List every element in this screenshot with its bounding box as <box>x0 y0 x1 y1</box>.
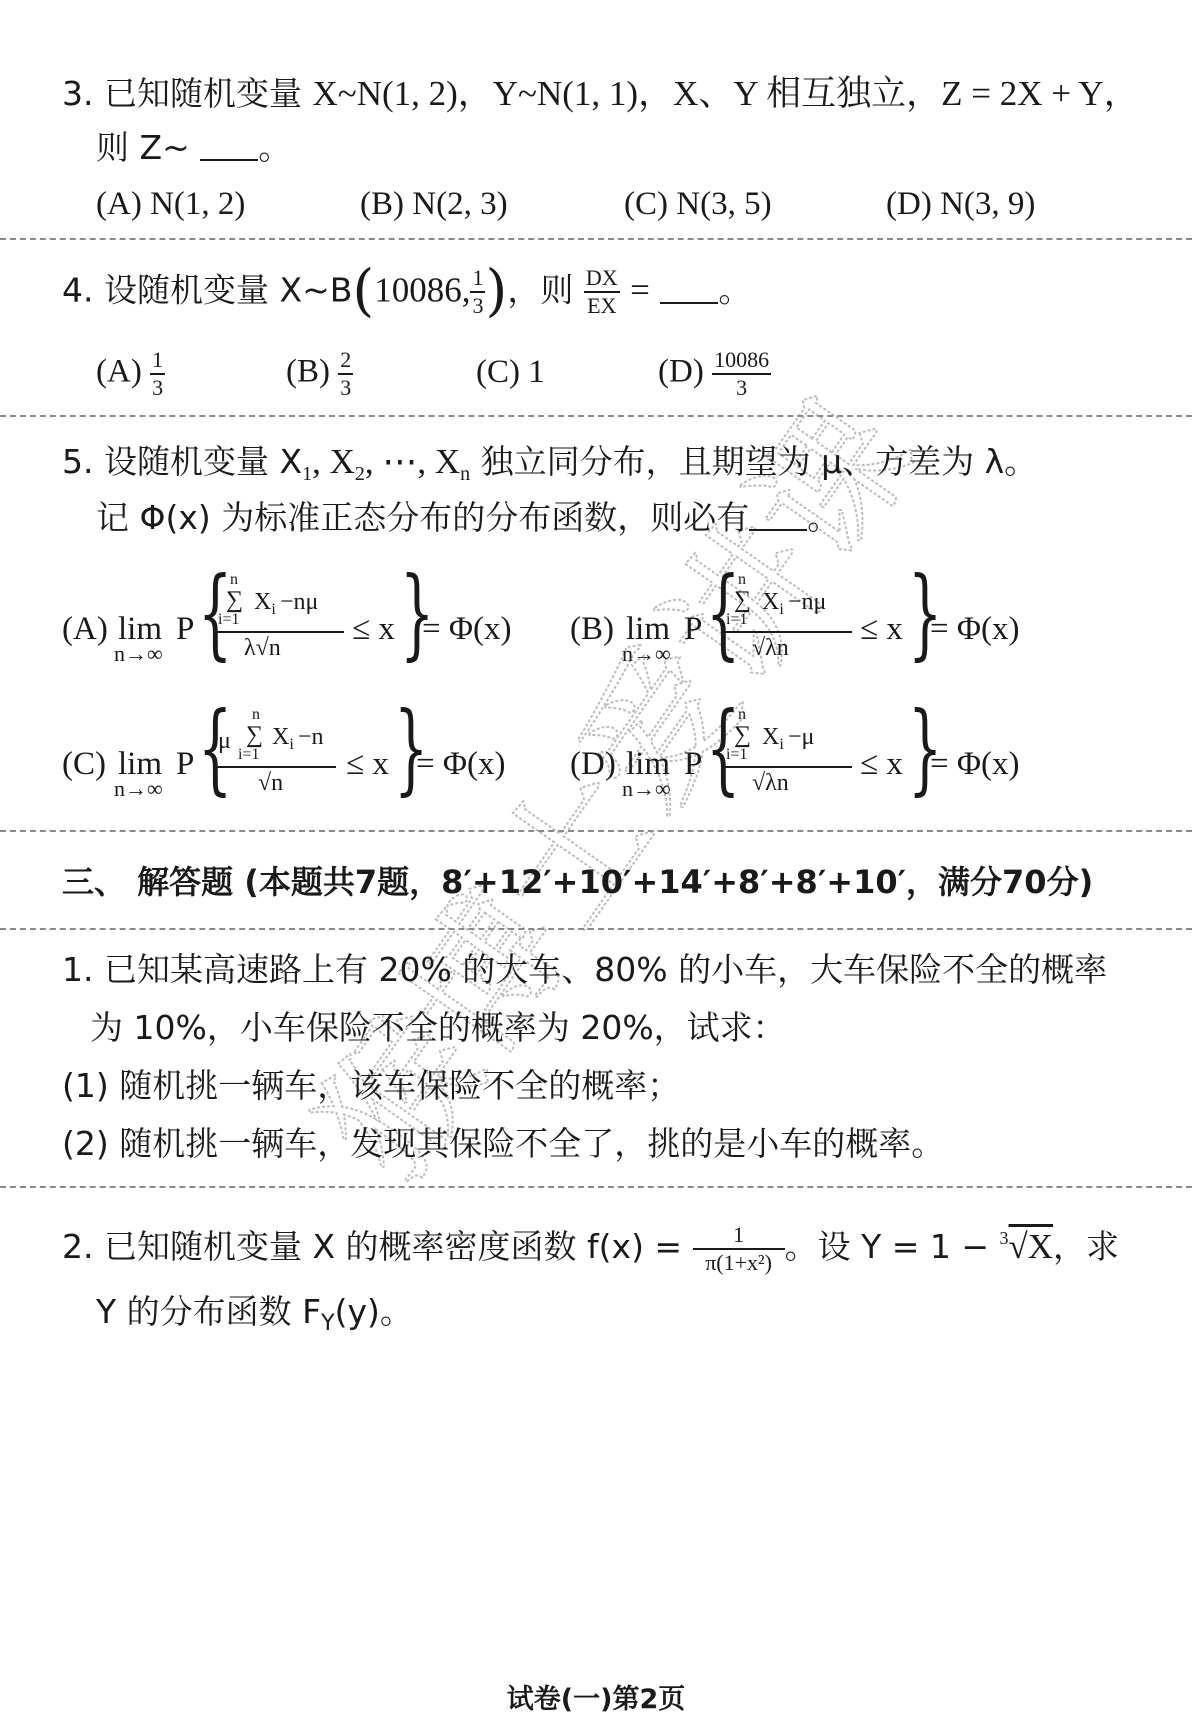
q4-option-a: (A) 13 <box>96 348 165 400</box>
option-label: (B) <box>360 186 404 222</box>
p2-line2: Y 的分布函数 FY(y)。 <box>96 1292 413 1344</box>
q5-option-d: (D) lim n→∞ P { n ∑ i=1 Xi −μ √λn ≤ x } … <box>570 710 1090 810</box>
denominator: λ√n <box>244 635 281 662</box>
sigma: ∑ <box>734 587 751 614</box>
x-i: Xi <box>762 724 784 754</box>
option-label: (C) <box>624 186 668 222</box>
q4-n: 10086, <box>374 271 470 310</box>
denominator: 3 <box>150 376 165 400</box>
density-fraction: 1π(1+x²) <box>693 1223 785 1275</box>
q3-option-d: (D) N(3, 9) <box>886 184 1035 224</box>
q4-then: ，则 <box>507 271 573 310</box>
sum-lower: i=1 <box>726 611 747 629</box>
option-label: (C) <box>476 354 520 390</box>
lim-subscript: n→∞ <box>114 641 163 667</box>
fraction-bar <box>724 766 852 768</box>
q4-ratio-fraction: DXEX <box>584 266 620 318</box>
lim-subscript: n→∞ <box>622 776 671 802</box>
q5-variables: 1, X2, ⋯, Xn <box>302 442 470 481</box>
denominator: 3 <box>338 376 353 400</box>
option-value: N(3, 9) <box>940 186 1035 222</box>
p1-line2: 为 10%，小车保险不全的概率为 20%，试求： <box>90 1008 786 1048</box>
option-label: (B) <box>286 354 330 390</box>
page-footer: 试卷(一)第2页 <box>0 1677 1192 1716</box>
x-sub: i <box>779 601 783 618</box>
q5-option-a: (A) lim n→∞ P { n ∑ i=1 Xi −nμ λ√n ≤ x }… <box>62 575 582 675</box>
dashed-divider <box>0 928 1192 930</box>
numerator-tail: −μ <box>788 724 814 751</box>
x-var: X <box>762 724 779 750</box>
numerator: 1 <box>693 1223 785 1247</box>
lim-subscript: n→∞ <box>114 776 163 802</box>
numerator: 10086 <box>712 348 771 372</box>
rhs: = Φ(x) <box>422 611 511 648</box>
denominator: √n <box>258 770 283 797</box>
p2-line2-text: Y 的分布函数 F <box>96 1292 321 1331</box>
q3-math: X~N(1, 2)，Y~N(1, 1)，X、Y 相互独立，Z = 2X + Y， <box>312 74 1138 113</box>
q5-prefix: 5. 设随机变量 X <box>62 442 302 481</box>
coef: μ <box>218 728 231 755</box>
option-value: 1 <box>528 354 545 390</box>
sum-lower: i=1 <box>726 746 747 764</box>
q4-option-d: (D) 100863 <box>658 348 771 400</box>
x-sub: i <box>779 736 783 753</box>
p2-line1: 2. 已知随机变量 X 的概率密度函数 f(x) = 1π(1+x²)。设 Y … <box>62 1218 1119 1268</box>
exam-page: 猴博士爱讲课 3. 已知随机变量 X~N(1, 2)，Y~N(1, 1)，X、Y… <box>0 0 1192 1722</box>
leq-x: ≤ x <box>346 746 389 783</box>
rhs: = Φ(x) <box>930 611 1019 648</box>
option-value: N(3, 5) <box>676 186 771 222</box>
numerator-tail: −nμ <box>280 589 318 616</box>
prob-P: P <box>176 611 194 648</box>
prob-P: P <box>684 746 702 783</box>
numerator: 1 <box>470 266 485 290</box>
x-sub: i <box>271 601 275 618</box>
p2-mid: 。设 Y = 1 − <box>785 1227 989 1266</box>
q4-option-b: (B) 23 <box>286 348 353 400</box>
p1-sub2: (2) 随机挑一辆车，发现其保险不全了，挑的是小车的概率。 <box>62 1124 944 1164</box>
leq-x: ≤ x <box>352 611 395 648</box>
p2-prefix: 2. 已知随机变量 X 的概率密度函数 f(x) = <box>62 1227 682 1266</box>
answer-blank <box>749 503 807 531</box>
option-label: (C) <box>62 746 106 783</box>
denominator: 3 <box>712 376 771 400</box>
rhs: = Φ(x) <box>930 746 1019 783</box>
numerator: DX <box>584 266 620 290</box>
prob-P: P <box>684 611 702 648</box>
q5-line1: 5. 设随机变量 X1, X2, ⋯, Xn 独立同分布，且期望为 μ、方差为 … <box>62 442 1037 494</box>
sigma: ∑ <box>734 722 751 749</box>
option-label: (D) <box>886 186 932 222</box>
rhs: = Φ(x) <box>416 746 505 783</box>
sum-lower: i=1 <box>238 746 259 764</box>
denominator: √λn <box>752 770 789 797</box>
option-label: (A) <box>96 186 142 222</box>
dashed-divider <box>0 1186 1192 1188</box>
q4-suffix: 。 <box>718 271 751 310</box>
denominator: EX <box>584 294 620 318</box>
option-fraction: 23 <box>338 348 353 400</box>
left-paren: ( <box>352 259 374 324</box>
x-var: X <box>254 589 271 615</box>
leq-x: ≤ x <box>860 746 903 783</box>
sum-lower: i=1 <box>218 611 239 629</box>
watermark: 猴博士爱讲课 <box>0 0 1192 1722</box>
q5-line2-suffix: 。 <box>807 498 840 537</box>
numerator: 2 <box>338 348 353 372</box>
q5-rest: 独立同分布，且期望为 μ、方差为 λ。 <box>470 442 1037 481</box>
q5-line2-text: 记 Φ(x) 为标准正态分布的分布函数，则必有 <box>96 498 749 537</box>
p2-line2-tail: (y)。 <box>335 1292 413 1331</box>
p2-subscript: Y <box>321 1311 334 1336</box>
q3-prefix: 3. 已知随机变量 <box>62 74 302 113</box>
lim-subscript: n→∞ <box>622 641 671 667</box>
option-fraction: 100863 <box>712 348 771 400</box>
q3-stem-line1: 3. 已知随机变量 X~N(1, 2)，Y~N(1, 1)，X、Y 相互独立，Z… <box>62 74 1139 114</box>
dashed-divider <box>0 415 1192 417</box>
option-fraction: 13 <box>150 348 165 400</box>
prob-P: P <box>176 746 194 783</box>
right-paren: ) <box>485 259 507 324</box>
fraction-bar <box>216 631 344 633</box>
x-i: Xi <box>272 724 294 754</box>
x-sub: i <box>289 736 293 753</box>
q3-option-c: (C) N(3, 5) <box>624 184 772 224</box>
denominator: 3 <box>470 294 485 318</box>
q3-option-a: (A) N(1, 2) <box>96 184 245 224</box>
leq-x: ≤ x <box>860 611 903 648</box>
q4-prefix: 4. 设随机变量 X~B <box>62 271 352 310</box>
denominator: π(1+x²) <box>693 1251 785 1275</box>
option-value: N(1, 2) <box>150 186 245 222</box>
q5-option-c: (C) lim n→∞ P { n μ ∑ i=1 Xi −n √n ≤ x }… <box>62 710 582 810</box>
option-label: (B) <box>570 611 614 648</box>
root-body: √X <box>1009 1227 1054 1266</box>
denominator: √λn <box>752 635 789 662</box>
x-i: Xi <box>762 589 784 619</box>
q4-p-fraction: 13 <box>470 266 485 318</box>
numerator-tail: −n <box>298 724 324 751</box>
dashed-divider <box>0 830 1192 832</box>
q4-stem: 4. 设随机变量 X~B(10086,13)，则 DXEX = 。 <box>62 266 751 316</box>
answer-blank <box>660 276 718 304</box>
sigma: ∑ <box>226 587 243 614</box>
option-value: N(2, 3) <box>412 186 507 222</box>
fraction-bar <box>724 631 852 633</box>
answer-blank <box>200 133 258 161</box>
numerator-tail: −nμ <box>788 589 826 616</box>
option-label: (A) <box>96 354 142 390</box>
dashed-divider <box>0 238 1192 240</box>
root-index: 3 <box>1000 1228 1009 1248</box>
sigma: ∑ <box>246 722 263 749</box>
q3-line2-prefix: 则 Z~ <box>96 128 190 167</box>
p2-suffix: ，求 <box>1053 1227 1119 1266</box>
q3-option-b: (B) N(2, 3) <box>360 184 508 224</box>
p1-sub1: (1) 随机挑一辆车，该车保险不全的概率； <box>62 1066 680 1106</box>
q3-line2-suffix: 。 <box>258 128 291 167</box>
option-label: (D) <box>570 746 616 783</box>
q5-line2: 记 Φ(x) 为标准正态分布的分布函数，则必有。 <box>96 498 840 538</box>
numerator: 1 <box>150 348 165 372</box>
equals-sign: = <box>630 271 650 310</box>
q5-option-b: (B) lim n→∞ P { n ∑ i=1 Xi −nμ √λn ≤ x }… <box>570 575 1090 675</box>
x-var: X <box>762 589 779 615</box>
section-title: 三、 解答题 (本题共7题，8′+12′+10′+14′+8′+8′+10′，满… <box>62 862 1093 902</box>
q4-option-c: (C) 1 <box>476 352 545 392</box>
x-var: X <box>272 724 289 750</box>
fraction-bar <box>216 766 336 768</box>
q3-stem-line2: 则 Z~ 。 <box>96 128 291 168</box>
p1-line1: 1. 已知某高速路上有 20% 的大车、80% 的小车，大车保险不全的概率 <box>62 950 1107 990</box>
option-label: (D) <box>658 354 704 390</box>
cube-root: 3√X <box>1000 1227 1054 1266</box>
x-i: Xi <box>254 589 276 619</box>
option-label: (A) <box>62 611 108 648</box>
